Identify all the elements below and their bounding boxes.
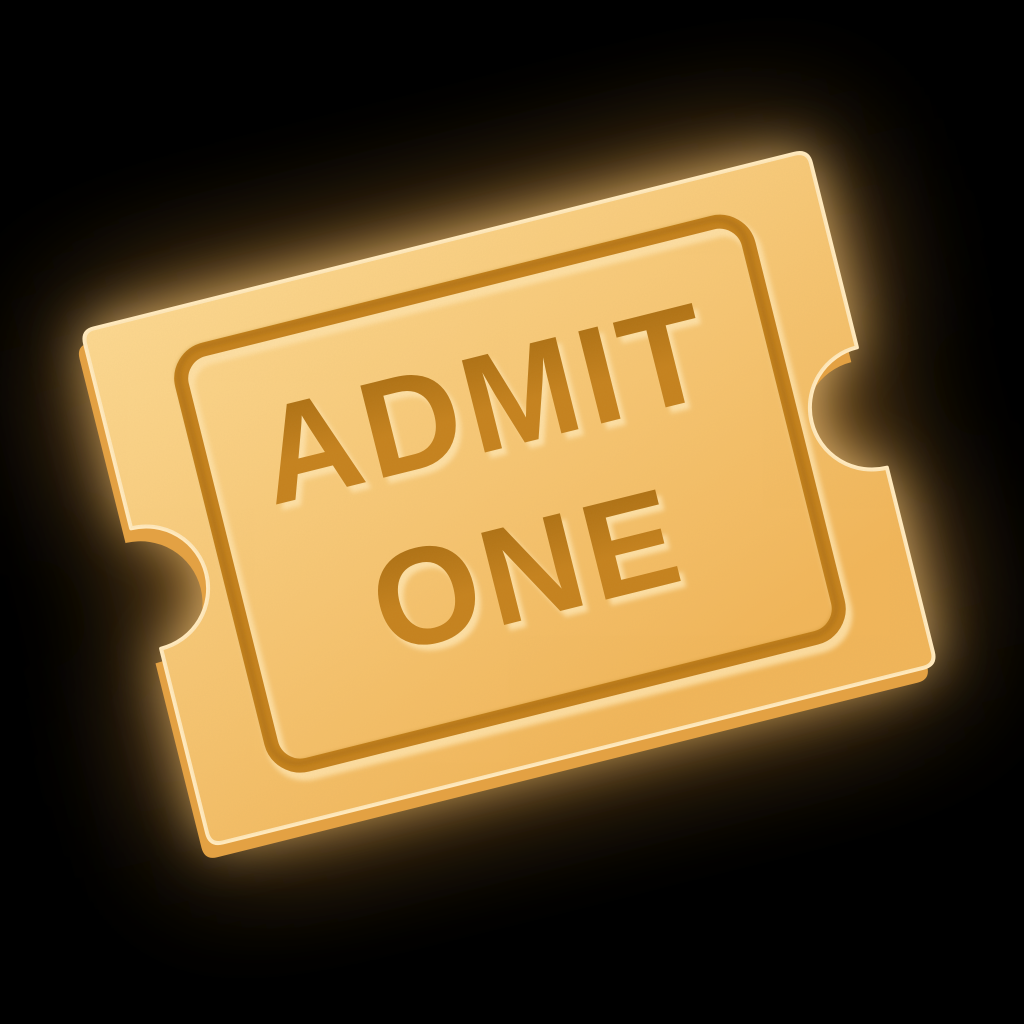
ticket-illustration: ADMIT ADMIT ONE ONE (0, 0, 1024, 1024)
ticket-icon: ADMIT ADMIT ONE ONE (0, 0, 1024, 1024)
